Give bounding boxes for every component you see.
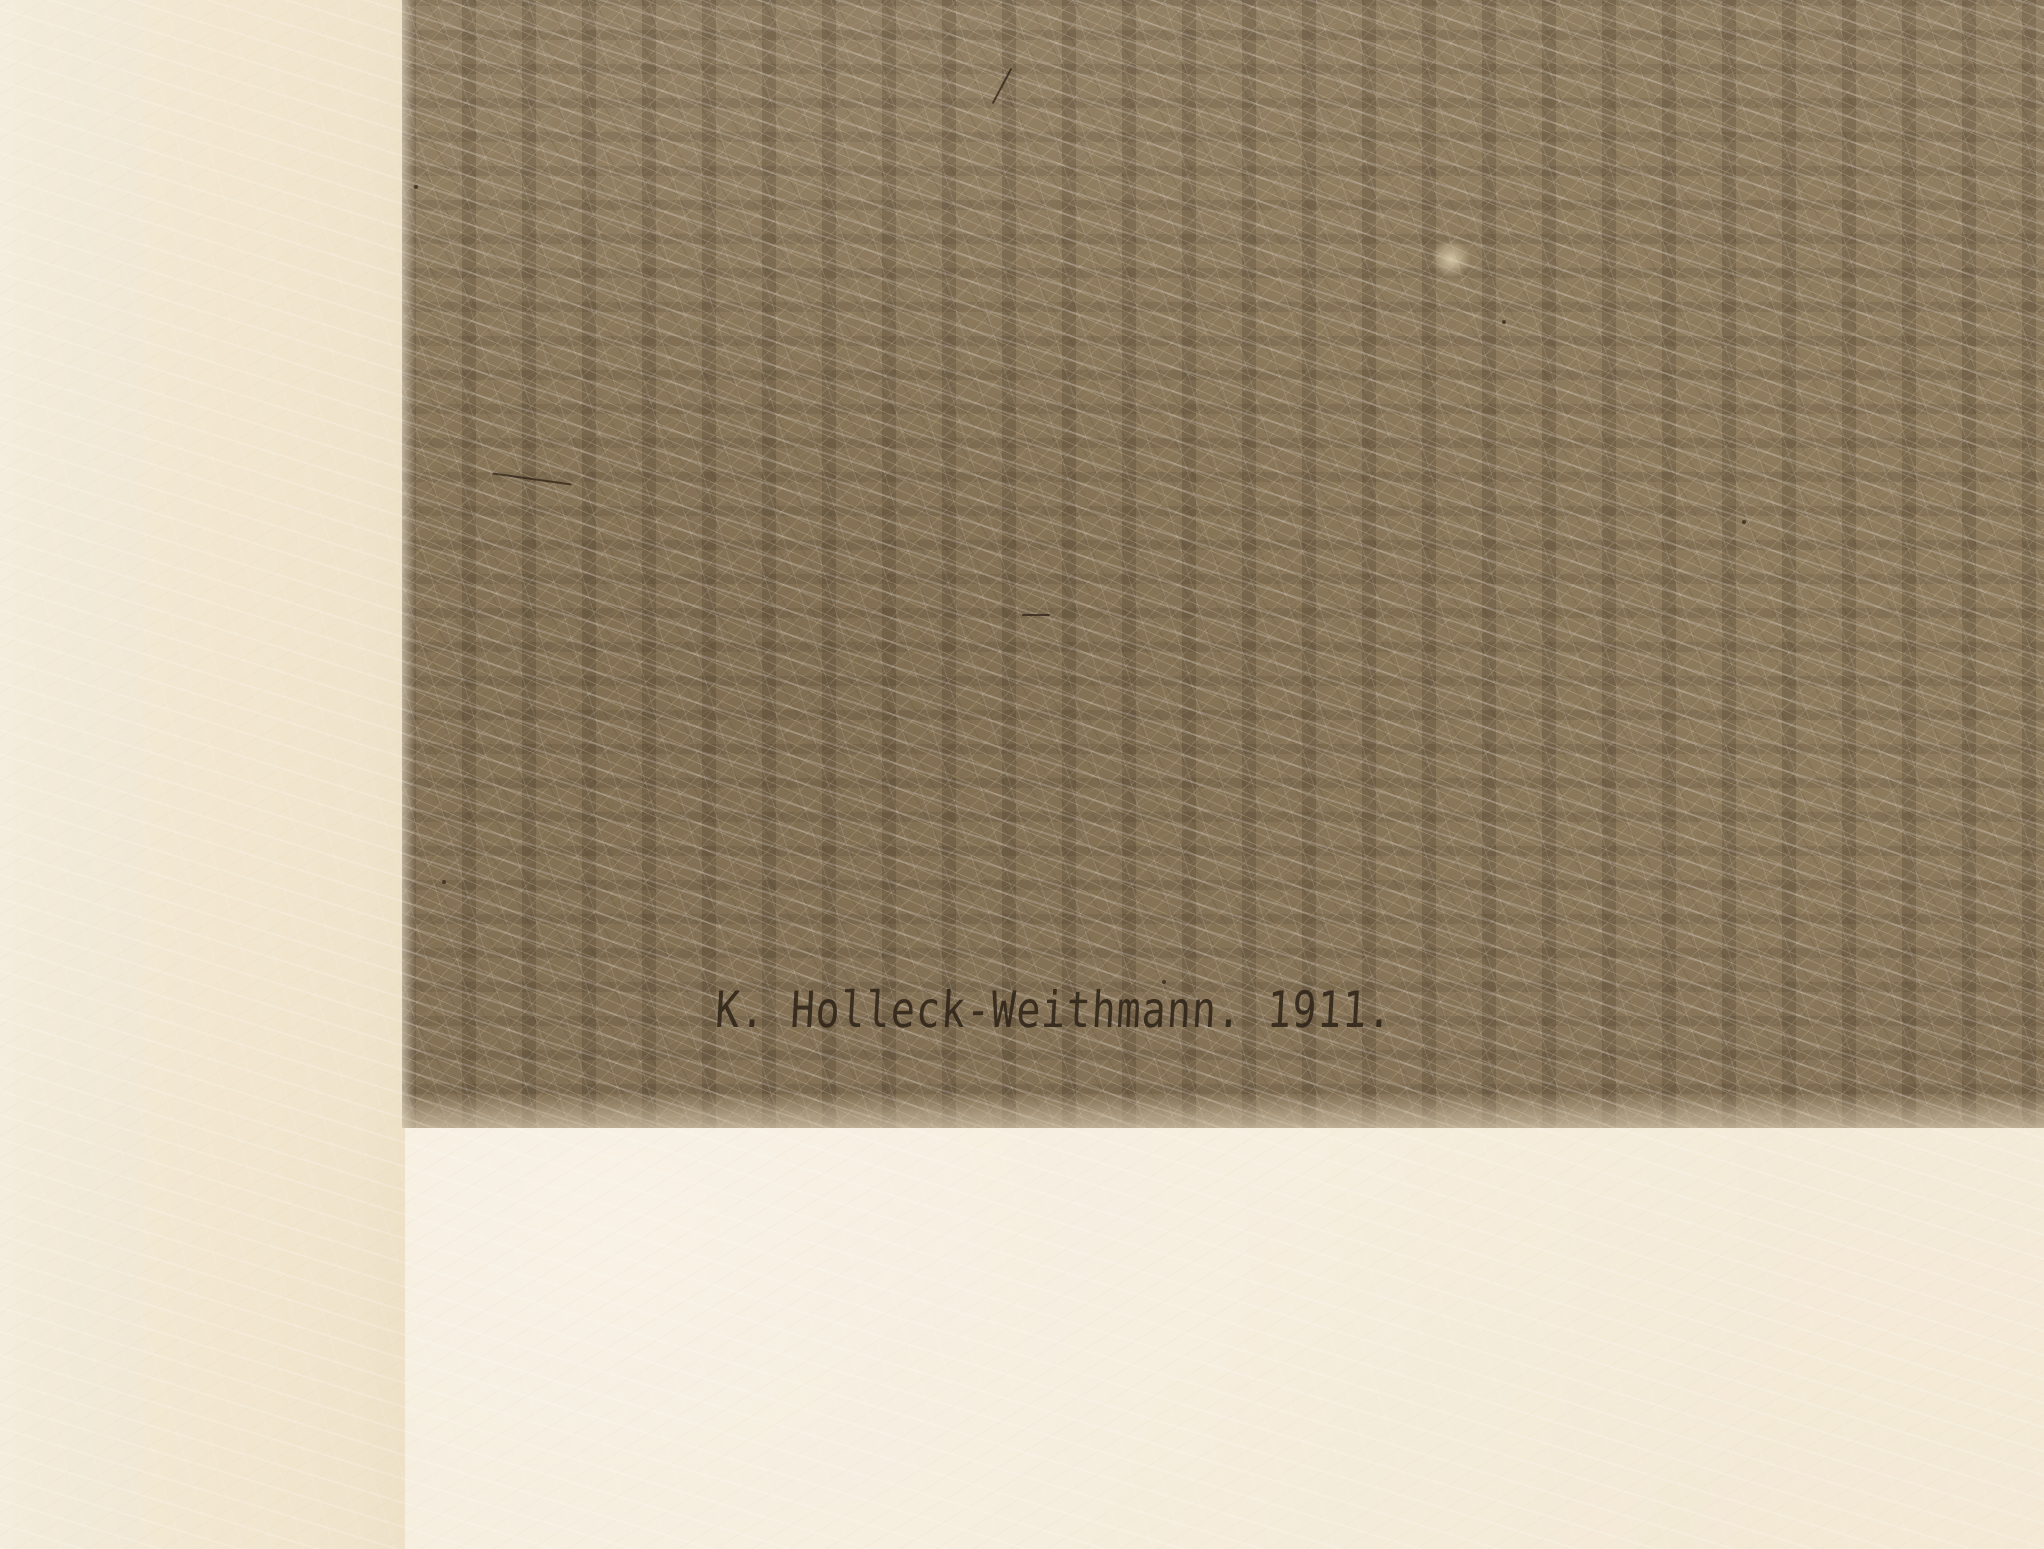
plate-margin [140, 0, 405, 1549]
sepia-print-area: K. Holleck-Weithmann. 1911. [402, 0, 2044, 1128]
print-left-edge [402, 0, 416, 1128]
mount-strip [0, 0, 141, 1549]
ink-speck [1502, 320, 1506, 324]
paper-sheet: K. Holleck-Weithmann. 1911. [0, 0, 2044, 1549]
ink-speck [442, 880, 446, 884]
print-bottom-edge [402, 1094, 2044, 1128]
artist-signature: K. Holleck-Weithmann. 1911. [714, 982, 1394, 1040]
scratch-mark [1022, 614, 1050, 616]
light-spot [1430, 240, 1472, 278]
ink-speck [1742, 520, 1746, 524]
scratch-mark [992, 68, 1013, 104]
ink-speck [414, 185, 418, 189]
scratch-mark [492, 472, 571, 485]
